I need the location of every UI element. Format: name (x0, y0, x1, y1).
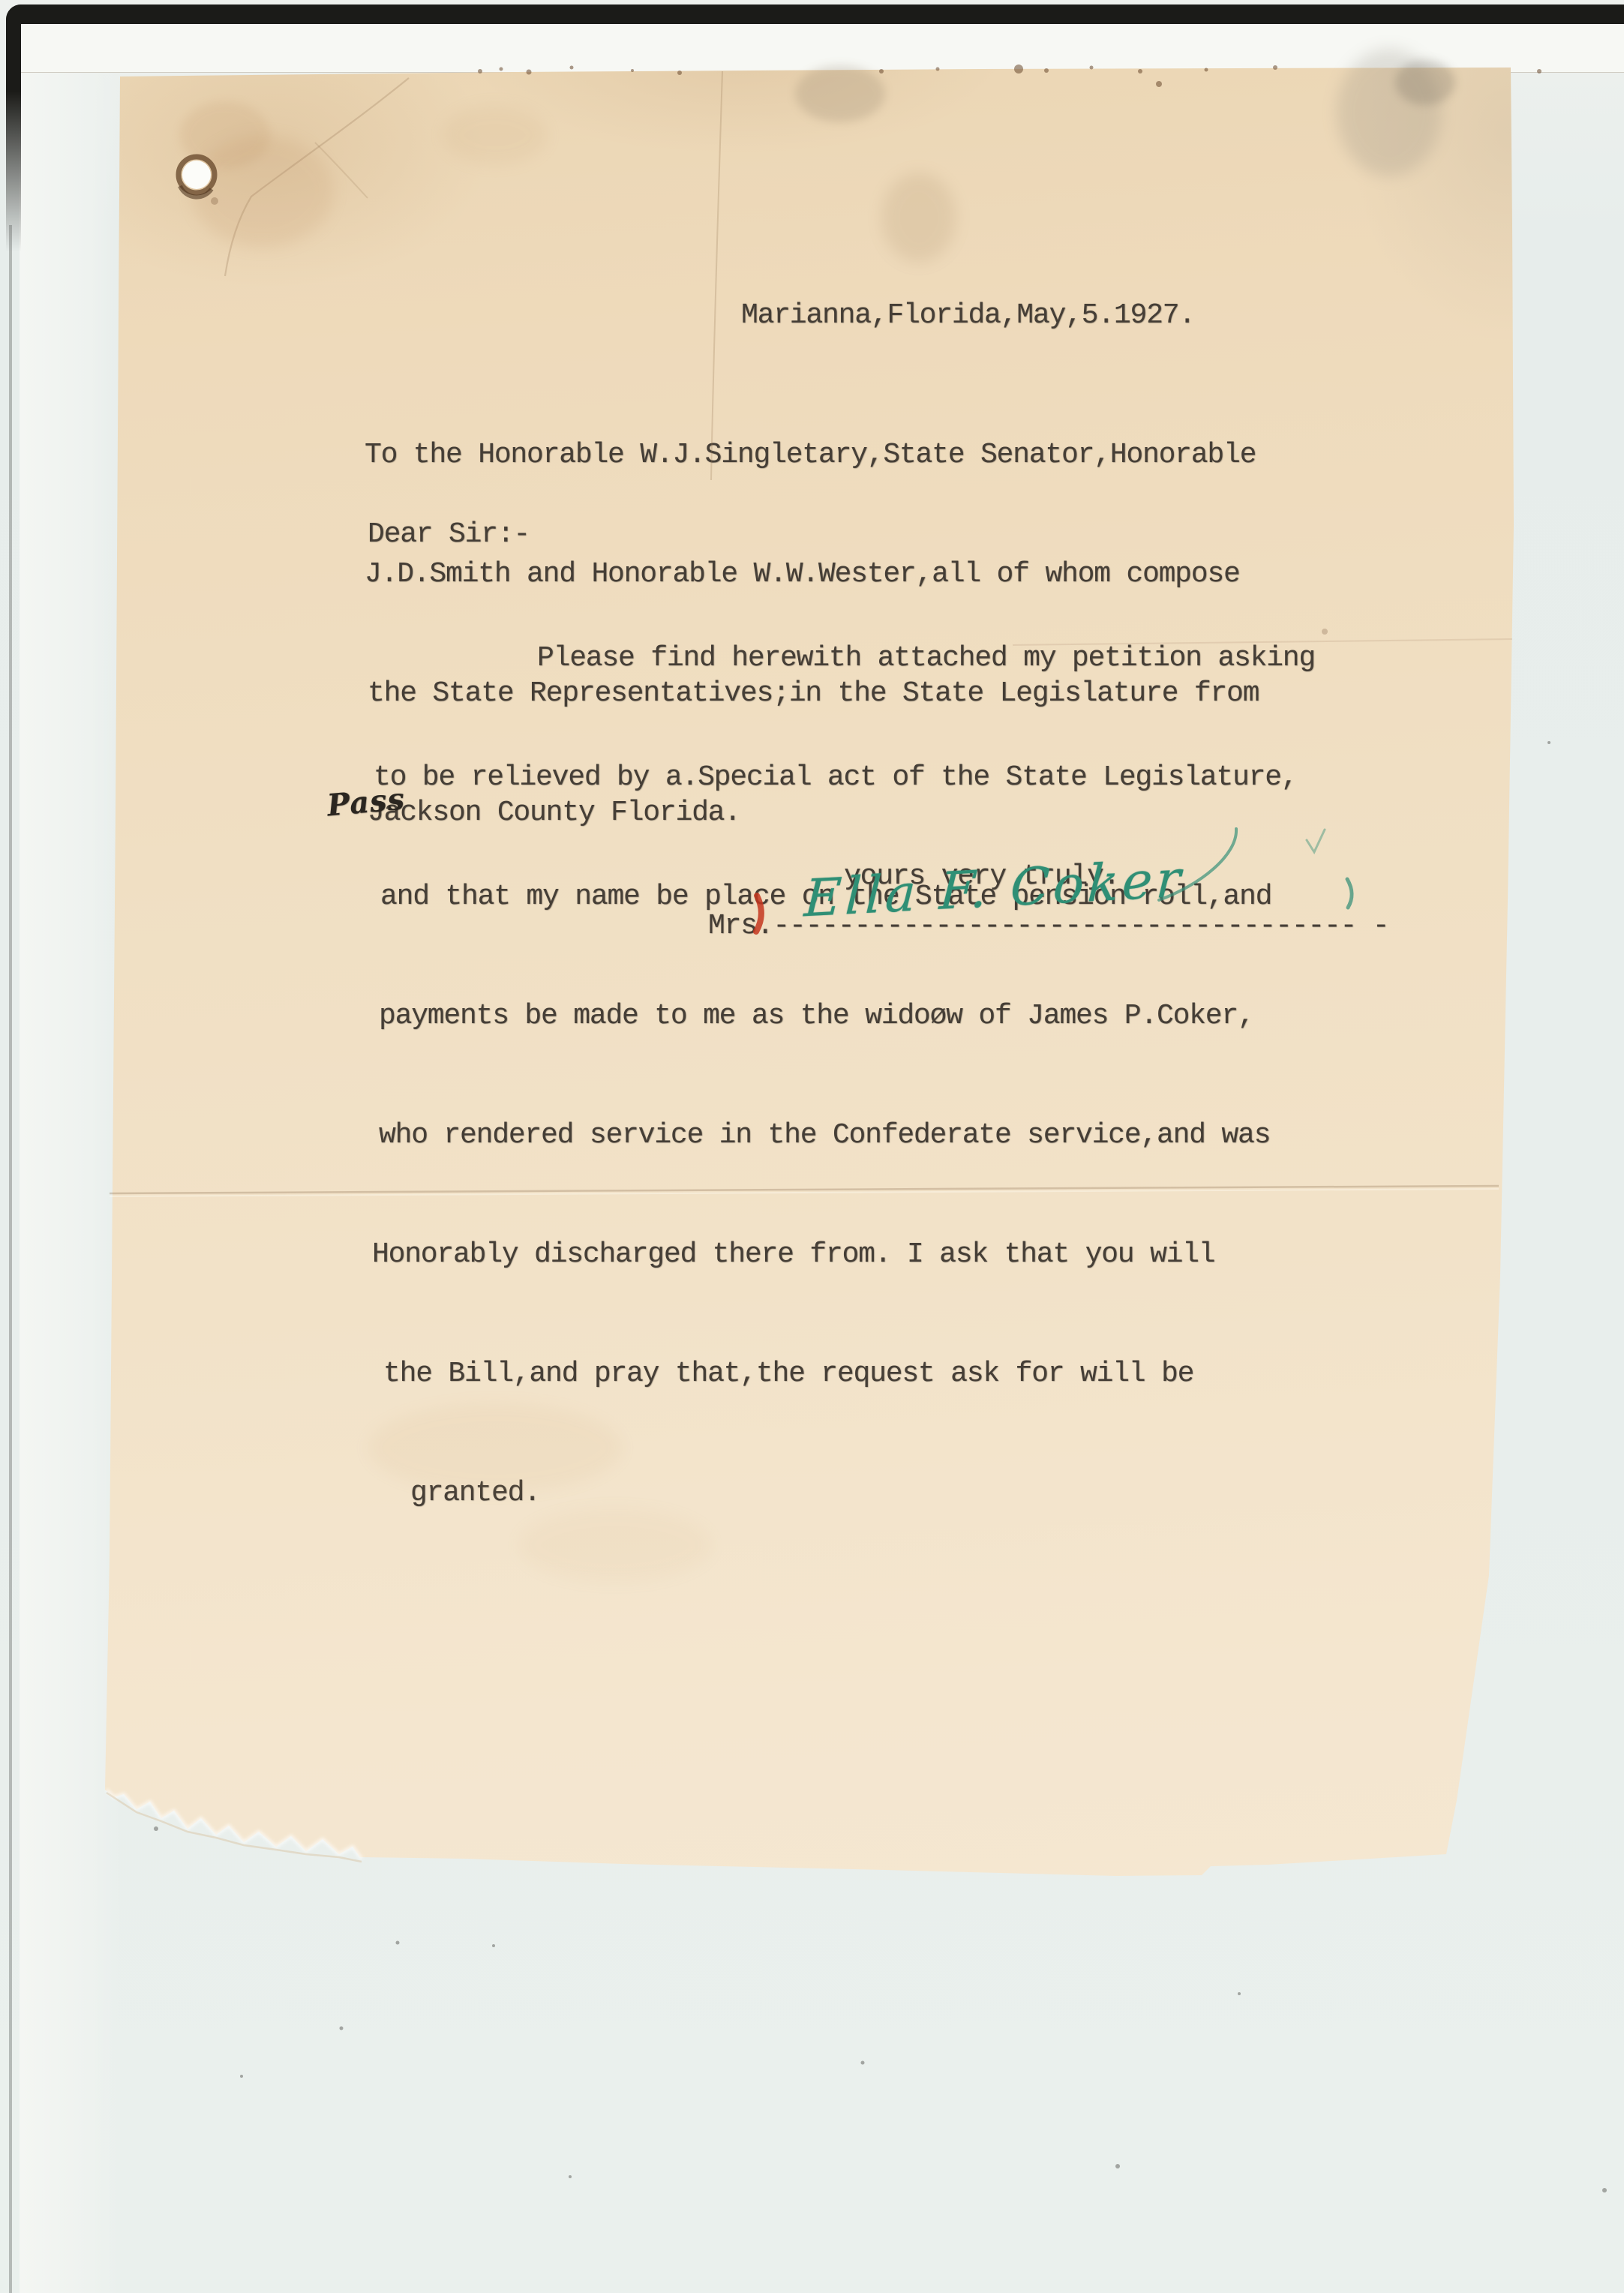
backing-sheet-left-edge (20, 72, 120, 2293)
backing-sheet-top-band (20, 23, 1624, 73)
scanner-left-bar (6, 5, 21, 252)
body-line: granted. (410, 1473, 1315, 1513)
body-line: Honorably discharged there from. I ask t… (372, 1235, 1315, 1274)
body-line: Please find herewith attached my petitio… (537, 638, 1315, 678)
scanner-top-bar (6, 5, 1624, 24)
scanner-left-edge-line (9, 225, 12, 2293)
dateline: Marianna,Florida,May,5.1927. (741, 296, 1195, 335)
signature-prefix: Mrs. (708, 910, 773, 942)
address-line: To the Honorable W.J.Singletary,State Se… (365, 435, 1259, 475)
body-line: to be relieved by a.Special act of the S… (374, 758, 1315, 797)
handwritten-pass-word: Pass (326, 782, 407, 824)
body-line: who rendered service in the Confederate … (379, 1115, 1315, 1155)
body-block: Please find herewith attached my petitio… (372, 559, 1315, 1592)
scanned-letter-page: Marianna,Florida,May,5.1927. To the Hono… (0, 0, 1624, 2293)
body-line: payments be made to me as the widoøw of … (379, 996, 1315, 1036)
salutation: Dear Sir:- (368, 515, 530, 554)
body-line: the Bill,and pray that,the request ask f… (383, 1354, 1315, 1394)
